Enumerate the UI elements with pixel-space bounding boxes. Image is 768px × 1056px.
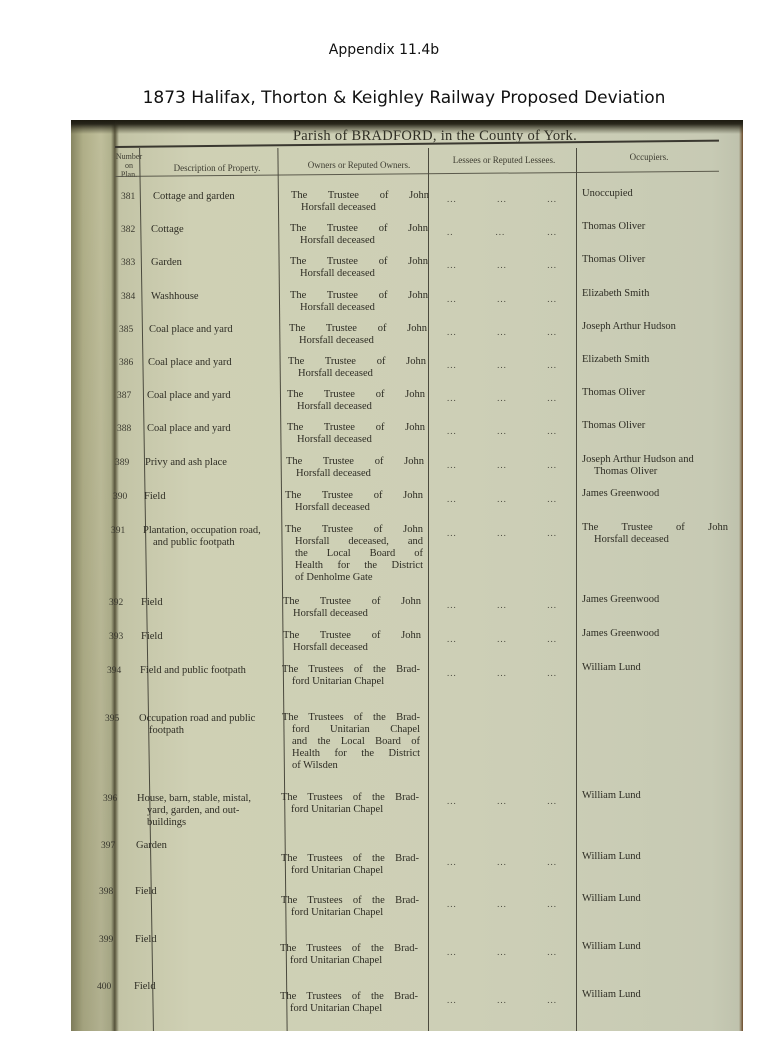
property-description: Cottage [151, 224, 184, 236]
lessee-placeholder: ......... [447, 460, 557, 470]
owner-name: The Trustees of the Brad-ford Unitarian … [280, 943, 418, 967]
owner-name: The Trustee of JohnHorsfall deceased [283, 596, 421, 620]
lessee-placeholder: ......... [447, 528, 557, 538]
plan-number: 395 [105, 714, 119, 724]
plan-number: 393 [109, 632, 123, 642]
occupier-name: William Lund [582, 790, 641, 802]
owner-name: The Trustee of JohnHorsfall deceased [285, 490, 423, 514]
occupier-name: Elizabeth Smith [582, 288, 649, 300]
occupier-name: The Trustee of JohnHorsfall deceased [582, 522, 728, 546]
plan-number: 382 [121, 225, 135, 235]
property-description: House, barn, stable, mistal,yard, garden… [137, 793, 251, 829]
column-header-owners: Owners or Reputed Owners. [287, 160, 431, 170]
lessee-placeholder: ......... [447, 634, 557, 644]
owner-name: The Trustees of the Brad-ford Unitarian … [281, 792, 419, 816]
occupier-name: Joseph Arthur Hudson andThomas Oliver [582, 454, 694, 478]
column-rule [576, 148, 577, 1031]
plan-number: 400 [97, 982, 111, 992]
property-description: Garden [136, 840, 167, 852]
property-description: Field [144, 491, 166, 503]
lessee-placeholder: ........ [447, 227, 557, 237]
owner-name: The Trustee of JohnHorsfall deceased [287, 389, 425, 413]
occupier-name: Joseph Arthur Hudson [582, 321, 676, 333]
occupier-name: James Greenwood [582, 488, 659, 500]
owner-name: The Trustee of JohnHorsfall deceased, an… [285, 524, 423, 584]
property-description: Field [135, 934, 157, 946]
owner-name: The Trustee of JohnHorsfall deceased [288, 356, 426, 380]
property-description: Field [141, 631, 163, 643]
occupier-name: Thomas Oliver [582, 221, 645, 233]
lessee-placeholder: ......... [447, 857, 557, 867]
lessee-placeholder: ......... [447, 194, 557, 204]
plan-number: 387 [117, 391, 131, 401]
plan-number: 396 [103, 794, 117, 804]
property-description: Field [134, 981, 156, 993]
property-description: Coal place and yard [147, 423, 231, 435]
plan-number: 398 [99, 887, 113, 897]
column-header-lessees: Lessees or Reputed Lessees. [431, 155, 577, 165]
plan-number: 381 [121, 192, 135, 202]
occupier-name: William Lund [582, 893, 641, 905]
owner-name: The Trustee of JohnHorsfall deceased [290, 290, 428, 314]
plan-number: 390 [113, 492, 127, 502]
plan-number: 384 [121, 292, 135, 302]
owner-name: The Trustee of JohnHorsfall deceased [291, 190, 429, 214]
occupier-name: William Lund [582, 851, 641, 863]
ledger-photo: Parish of BRADFORD, in the County of Yor… [71, 120, 743, 1031]
plan-number: 394 [107, 666, 121, 676]
plan-number: 388 [117, 424, 131, 434]
column-header-description: Description of Property. [147, 163, 287, 173]
owner-name: The Trustees of the Brad-ford Unitarian … [282, 712, 420, 772]
owner-name: The Trustee of JohnHorsfall deceased [283, 630, 421, 654]
owner-name: The Trustees of the Brad-ford Unitarian … [282, 664, 420, 688]
lessee-placeholder: ......... [447, 260, 557, 270]
property-description: Coal place and yard [148, 357, 232, 369]
column-rule [139, 148, 154, 1031]
property-description: Privy and ash place [145, 457, 227, 469]
property-description: Plantation, occupation road,and public f… [143, 525, 261, 549]
lessee-placeholder: ......... [447, 668, 557, 678]
occupier-name: Thomas Oliver [582, 420, 645, 432]
column-rule [428, 148, 429, 1031]
owner-name: The Trustees of the Brad-ford Unitarian … [281, 853, 419, 877]
property-description: Garden [151, 257, 182, 269]
property-description: Occupation road and publicfootpath [139, 713, 255, 737]
property-description: Field [135, 886, 157, 898]
plan-number: 389 [115, 458, 129, 468]
occupier-name: James Greenwood [582, 628, 659, 640]
lessee-placeholder: ......... [447, 393, 557, 403]
column-header-occupiers: Occupiers. [577, 152, 721, 162]
appendix-label: Appendix 11.4b [0, 42, 768, 58]
occupier-name: Unoccupied [582, 188, 633, 200]
property-description: Cottage and garden [153, 191, 235, 203]
lessee-placeholder: ......... [447, 600, 557, 610]
lessee-placeholder: ......... [447, 294, 557, 304]
lessee-placeholder: ......... [447, 995, 557, 1005]
occupier-name: James Greenwood [582, 594, 659, 606]
plan-number: 391 [111, 526, 125, 536]
owner-name: The Trustee of JohnHorsfall deceased [289, 323, 427, 347]
occupier-name: William Lund [582, 941, 641, 953]
occupier-name: William Lund [582, 989, 641, 1001]
property-description: Coal place and yard [147, 390, 231, 402]
plan-number: 392 [109, 598, 123, 608]
owner-name: The Trustee of JohnHorsfall deceased [290, 256, 428, 280]
occupier-name: Elizabeth Smith [582, 354, 649, 366]
ledger-page: Parish of BRADFORD, in the County of Yor… [115, 120, 743, 1031]
occupier-name: Thomas Oliver [582, 387, 645, 399]
lessee-placeholder: ......... [447, 494, 557, 504]
plan-number: 385 [119, 325, 133, 335]
owner-name: The Trustees of the Brad-ford Unitarian … [280, 991, 418, 1015]
lessee-placeholder: ......... [447, 796, 557, 806]
owner-name: The Trustee of JohnHorsfall deceased [286, 456, 424, 480]
owner-name: The Trustee of JohnHorsfall deceased [290, 223, 428, 247]
plan-number: 397 [101, 841, 115, 851]
owner-name: The Trustee of JohnHorsfall deceased [287, 422, 425, 446]
plan-number: 399 [99, 935, 113, 945]
lessee-placeholder: ......... [447, 360, 557, 370]
property-description: Field and public footpath [140, 665, 246, 677]
owner-name: The Trustees of the Brad-ford Unitarian … [281, 895, 419, 919]
document-title: 1873 Halifax, Thorton & Keighley Railway… [0, 88, 768, 108]
property-description: Field [141, 597, 163, 609]
lessee-placeholder: ......... [447, 426, 557, 436]
lessee-placeholder: ......... [447, 947, 557, 957]
lessee-placeholder: ......... [447, 327, 557, 337]
property-description: Washhouse [151, 291, 199, 303]
occupier-name: Thomas Oliver [582, 254, 645, 266]
occupier-name: William Lund [582, 662, 641, 674]
plan-number: 386 [119, 358, 133, 368]
lessee-placeholder: ......... [447, 899, 557, 909]
property-description: Coal place and yard [149, 324, 233, 336]
plan-number: 383 [121, 258, 135, 268]
